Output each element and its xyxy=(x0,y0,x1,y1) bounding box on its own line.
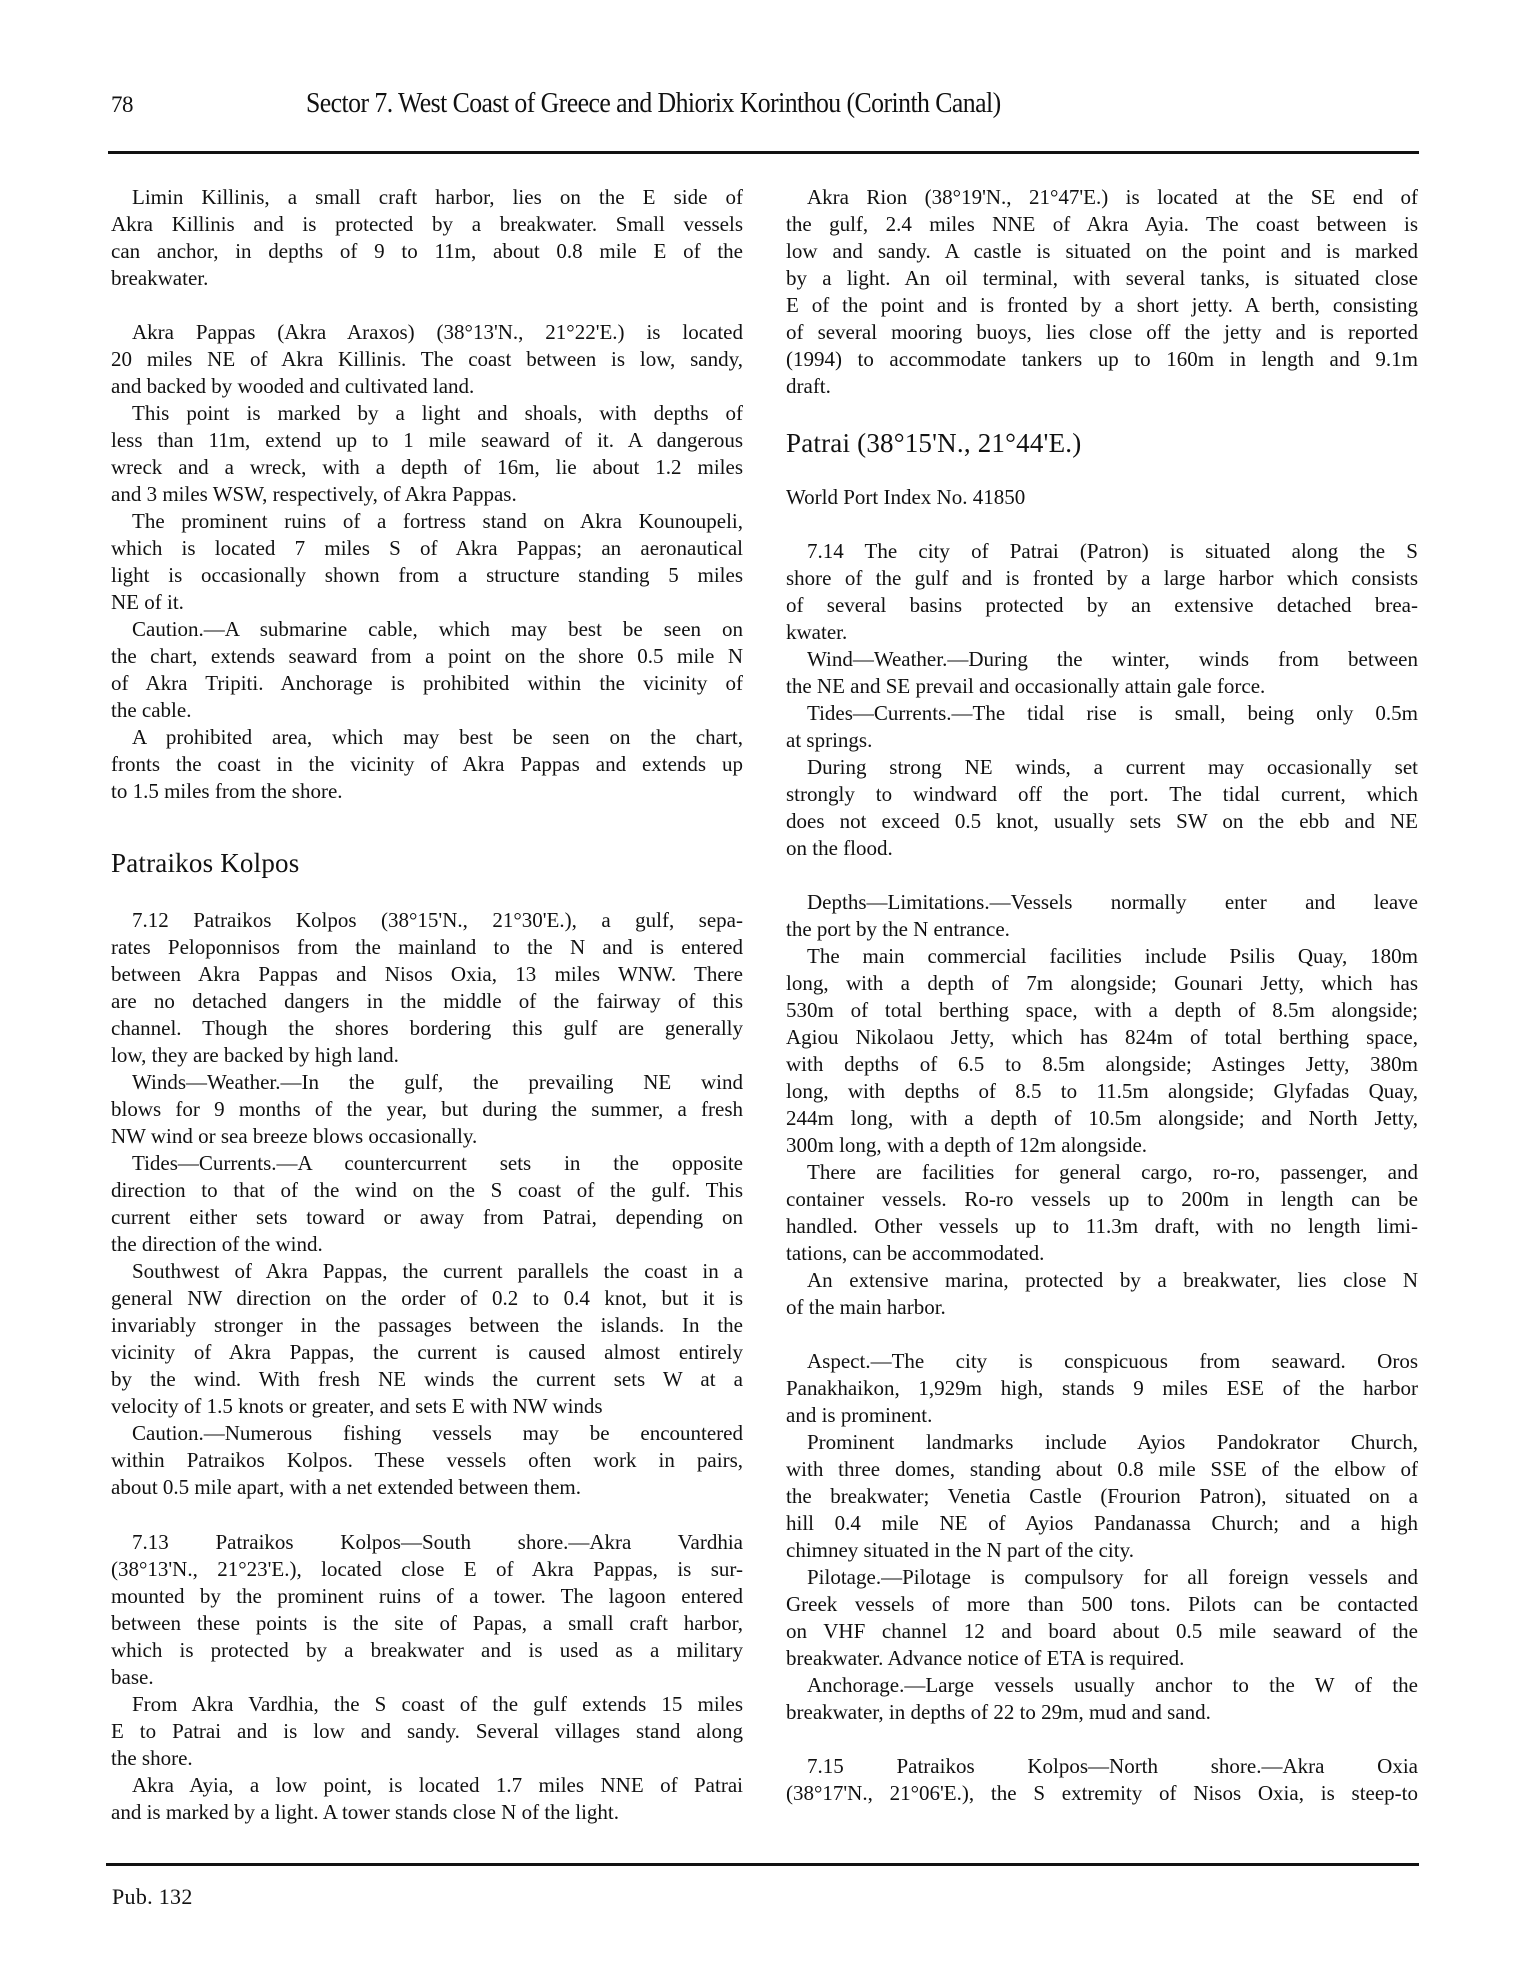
text-line: the shore. xyxy=(111,1745,743,1772)
text-line: with three domes, standing about 0.8 mil… xyxy=(786,1456,1418,1483)
text-line: Wind—Weather.—During the winter, winds f… xyxy=(786,646,1418,673)
text-line: breakwater. xyxy=(111,265,743,292)
text-line: the NE and SE prevail and occasionally a… xyxy=(786,673,1418,700)
text-line: fronts the coast in the vicinity of Akra… xyxy=(111,751,743,778)
paragraph: Southwest of Akra Pappas, the current pa… xyxy=(111,1258,743,1420)
text-line: Akra Pappas (Akra Araxos) (38°13'N., 21°… xyxy=(111,319,743,346)
text-line: of Akra Tripiti. Anchorage is prohibited… xyxy=(111,670,743,697)
text-line: the chart, extends seaward from a point … xyxy=(111,643,743,670)
text-line: does not exceed 0.5 knot, usually sets S… xyxy=(786,808,1418,835)
text-line: between Akra Pappas and Nisos Oxia, 13 m… xyxy=(111,961,743,988)
text-line: low and sandy. A castle is situated on t… xyxy=(786,238,1418,265)
paragraph: A prohibited area, which may best be see… xyxy=(111,724,743,805)
running-title: Sector 7. West Coast of Greece and Dhior… xyxy=(306,88,1001,120)
paragraph: Anchorage.—Large vessels usually anchor … xyxy=(786,1672,1418,1726)
text-line: 300m long, with a depth of 12m alongside… xyxy=(786,1132,1418,1159)
paragraph: Winds—Weather.—In the gulf, the prevaili… xyxy=(111,1069,743,1150)
text-line: invariably stronger in the passages betw… xyxy=(111,1312,743,1339)
text-line: hill 0.4 mile NE of Ayios Pandanassa Chu… xyxy=(786,1510,1418,1537)
page-number: 78 xyxy=(111,92,133,118)
text-line: and is marked by a light. A tower stands… xyxy=(111,1799,743,1826)
text-line: velocity of 1.5 knots or greater, and se… xyxy=(111,1393,743,1420)
paragraph: 7.14 The city of Patrai (Patron) is situ… xyxy=(786,538,1418,646)
text-line: A prohibited area, which may best be see… xyxy=(111,724,743,751)
text-line: NE of it. xyxy=(111,589,743,616)
text-line: The prominent ruins of a fortress stand … xyxy=(111,508,743,535)
text-line: The main commercial facilities include P… xyxy=(786,943,1418,970)
text-line: E to Patrai and is low and sandy. Severa… xyxy=(111,1718,743,1745)
text-line: less than 11m, extend up to 1 mile seawa… xyxy=(111,427,743,454)
text-line: by the wind. With fresh NE winds the cur… xyxy=(111,1366,743,1393)
text-line: at springs. xyxy=(786,727,1418,754)
text-line: of several basins protected by an extens… xyxy=(786,592,1418,619)
text-line: kwater. xyxy=(786,619,1418,646)
publication-number: Pub. 132 xyxy=(112,1884,193,1910)
text-line: 7.15 Patraikos Kolpos—North shore.—Akra … xyxy=(786,1753,1418,1780)
text-line: light is occasionally shown from a struc… xyxy=(111,562,743,589)
text-line: and is prominent. xyxy=(786,1402,1418,1429)
text-line: channel. Though the shores bordering thi… xyxy=(111,1015,743,1042)
text-line: low, they are backed by high land. xyxy=(111,1042,743,1069)
paragraph: This point is marked by a light and shoa… xyxy=(111,400,743,508)
paragraph: Tides—Currents.—The tidal rise is small,… xyxy=(786,700,1418,754)
paragraph: Wind—Weather.—During the winter, winds f… xyxy=(786,646,1418,700)
paragraph: Prominent landmarks include Ayios Pandok… xyxy=(786,1429,1418,1564)
text-line: 7.13 Patraikos Kolpos—South shore.—Akra … xyxy=(111,1529,743,1556)
text-line: the cable. xyxy=(111,697,743,724)
text-line: (38°13'N., 21°23'E.), located close E of… xyxy=(111,1556,743,1583)
text-line: by a light. An oil terminal, with severa… xyxy=(786,265,1418,292)
paragraph: Caution.—A submarine cable, which may be… xyxy=(111,616,743,724)
text-line: Limin Killinis, a small craft harbor, li… xyxy=(111,184,743,211)
text-line: shore of the gulf and is fronted by a la… xyxy=(786,565,1418,592)
footer-rule xyxy=(106,1863,1419,1866)
text-line: draft. xyxy=(786,373,1418,400)
text-line: Depths—Limitations.—Vessels normally ent… xyxy=(786,889,1418,916)
text-line: blows for 9 months of the year, but duri… xyxy=(111,1096,743,1123)
paragraph: Akra Rion (38°19'N., 21°47'E.) is locate… xyxy=(786,184,1418,400)
text-line: Tides—Currents.—The tidal rise is small,… xyxy=(786,700,1418,727)
text-line: to 1.5 miles from the shore. xyxy=(111,778,743,805)
text-line: with depths of 6.5 to 8.5m alongside; As… xyxy=(786,1051,1418,1078)
text-line: rates Peloponnisos from the mainland to … xyxy=(111,934,743,961)
text-line: There are facilities for general cargo, … xyxy=(786,1159,1418,1186)
text-line: the breakwater; Venetia Castle (Frourion… xyxy=(786,1483,1418,1510)
text-line: 530m of total berthing space, with a dep… xyxy=(786,997,1418,1024)
text-line: handled. Other vessels up to 11.3m draft… xyxy=(786,1213,1418,1240)
text-line: current either sets toward or away from … xyxy=(111,1204,743,1231)
text-line: Winds—Weather.—In the gulf, the prevaili… xyxy=(111,1069,743,1096)
paragraph: Aspect.—The city is conspicuous from sea… xyxy=(786,1348,1418,1429)
text-line: Akra Ayia, a low point, is located 1.7 m… xyxy=(111,1772,743,1799)
text-line: the gulf, 2.4 miles NNE of Akra Ayia. Th… xyxy=(786,211,1418,238)
text-line: An extensive marina, protected by a brea… xyxy=(786,1267,1418,1294)
paragraph: Akra Pappas (Akra Araxos) (38°13'N., 21°… xyxy=(111,319,743,400)
text-line: of several mooring buoys, lies close off… xyxy=(786,319,1418,346)
text-line: (38°17'N., 21°06'E.), the S extremity of… xyxy=(786,1780,1418,1807)
paragraph: Tides—Currents.—A countercurrent sets in… xyxy=(111,1150,743,1258)
paragraph: An extensive marina, protected by a brea… xyxy=(786,1267,1418,1321)
text-line: 244m long, with a depth of 10.5m alongsi… xyxy=(786,1105,1418,1132)
text-line: Aspect.—The city is conspicuous from sea… xyxy=(786,1348,1418,1375)
text-line: are no detached dangers in the middle of… xyxy=(111,988,743,1015)
paragraph: From Akra Vardhia, the S coast of the gu… xyxy=(111,1691,743,1772)
paragraph: 7.13 Patraikos Kolpos—South shore.—Akra … xyxy=(111,1529,743,1691)
text-line: E of the point and is fronted by a short… xyxy=(786,292,1418,319)
text-line: vicinity of Akra Pappas, the current is … xyxy=(111,1339,743,1366)
text-line: Prominent landmarks include Ayios Pandok… xyxy=(786,1429,1418,1456)
paragraph: Caution.—Numerous fishing vessels may be… xyxy=(111,1420,743,1501)
text-line: and backed by wooded and cultivated land… xyxy=(111,373,743,400)
text-line: breakwater. Advance notice of ETA is req… xyxy=(786,1645,1418,1672)
text-line: 7.14 The city of Patrai (Patron) is situ… xyxy=(786,538,1418,565)
text-line: can anchor, in depths of 9 to 11m, about… xyxy=(111,238,743,265)
paragraph: During strong NE winds, a current may oc… xyxy=(786,754,1418,862)
text-line: Agiou Nikolaou Jetty, which has 824m of … xyxy=(786,1024,1418,1051)
paragraph: Depths—Limitations.—Vessels normally ent… xyxy=(786,889,1418,943)
section-heading-patrai: Patrai (38°15'N., 21°44'E.) xyxy=(786,428,1081,458)
text-line: breakwater, in depths of 22 to 29m, mud … xyxy=(786,1699,1418,1726)
text-line: the port by the N entrance. xyxy=(786,916,1418,943)
text-line: Caution.—A submarine cable, which may be… xyxy=(111,616,743,643)
text-line: which is protected by a breakwater and i… xyxy=(111,1637,743,1664)
text-line: 20 miles NE of Akra Killinis. The coast … xyxy=(111,346,743,373)
text-line: Panakhaikon, 1,929m high, stands 9 miles… xyxy=(786,1375,1418,1402)
text-line: on the flood. xyxy=(786,835,1418,862)
section-heading-patraikos-kolpos: Patraikos Kolpos xyxy=(111,848,299,878)
text-line: between these points is the site of Papa… xyxy=(111,1610,743,1637)
text-line: Akra Killinis and is protected by a brea… xyxy=(111,211,743,238)
paragraph: 7.15 Patraikos Kolpos—North shore.—Akra … xyxy=(786,1753,1418,1807)
text-line: Greek vessels of more than 500 tons. Pil… xyxy=(786,1591,1418,1618)
text-line: Pilotage.—Pilotage is compulsory for all… xyxy=(786,1564,1418,1591)
text-line: wreck and a wreck, with a depth of 16m, … xyxy=(111,454,743,481)
paragraph: Pilotage.—Pilotage is compulsory for all… xyxy=(786,1564,1418,1672)
text-line: direction to that of the wind on the S c… xyxy=(111,1177,743,1204)
text-line: Akra Rion (38°19'N., 21°47'E.) is locate… xyxy=(786,184,1418,211)
paragraph: Akra Ayia, a low point, is located 1.7 m… xyxy=(111,1772,743,1826)
text-line: and 3 miles WSW, respectively, of Akra P… xyxy=(111,481,743,508)
text-line: During strong NE winds, a current may oc… xyxy=(786,754,1418,781)
text-line: (1994) to accommodate tankers up to 160m… xyxy=(786,346,1418,373)
text-line: Southwest of Akra Pappas, the current pa… xyxy=(111,1258,743,1285)
text-line: base. xyxy=(111,1664,743,1691)
text-line: NW wind or sea breeze blows occasionally… xyxy=(111,1123,743,1150)
paragraph: There are facilities for general cargo, … xyxy=(786,1159,1418,1267)
text-line: about 0.5 mile apart, with a net extende… xyxy=(111,1474,743,1501)
text-line: which is located 7 miles S of Akra Pappa… xyxy=(111,535,743,562)
text-line: the direction of the wind. xyxy=(111,1231,743,1258)
paragraph: Limin Killinis, a small craft harbor, li… xyxy=(111,184,743,292)
text-line: Caution.—Numerous fishing vessels may be… xyxy=(111,1420,743,1447)
text-line: chimney situated in the N part of the ci… xyxy=(786,1537,1418,1564)
text-line: strongly to windward off the port. The t… xyxy=(786,781,1418,808)
text-line: From Akra Vardhia, the S coast of the gu… xyxy=(111,1691,743,1718)
text-line: Anchorage.—Large vessels usually anchor … xyxy=(786,1672,1418,1699)
header-rule xyxy=(108,151,1419,154)
text-line: long, with depths of 8.5 to 11.5m alongs… xyxy=(786,1078,1418,1105)
world-port-index: World Port Index No. 41850 xyxy=(786,484,1025,511)
paragraph: The prominent ruins of a fortress stand … xyxy=(111,508,743,616)
text-line: Tides—Currents.—A countercurrent sets in… xyxy=(111,1150,743,1177)
text-line: This point is marked by a light and shoa… xyxy=(111,400,743,427)
text-line: 7.12 Patraikos Kolpos (38°15'N., 21°30'E… xyxy=(111,907,743,934)
text-line: of the main harbor. xyxy=(786,1294,1418,1321)
paragraph: 7.12 Patraikos Kolpos (38°15'N., 21°30'E… xyxy=(111,907,743,1069)
text-line: mounted by the prominent ruins of a towe… xyxy=(111,1583,743,1610)
paragraph: The main commercial facilities include P… xyxy=(786,943,1418,1159)
text-line: on VHF channel 12 and board about 0.5 mi… xyxy=(786,1618,1418,1645)
text-line: within Patraikos Kolpos. These vessels o… xyxy=(111,1447,743,1474)
text-line: container vessels. Ro-ro vessels up to 2… xyxy=(786,1186,1418,1213)
text-line: general NW direction on the order of 0.2… xyxy=(111,1285,743,1312)
text-line: long, with a depth of 7m alongside; Goun… xyxy=(786,970,1418,997)
text-line: tations, can be accommodated. xyxy=(786,1240,1418,1267)
